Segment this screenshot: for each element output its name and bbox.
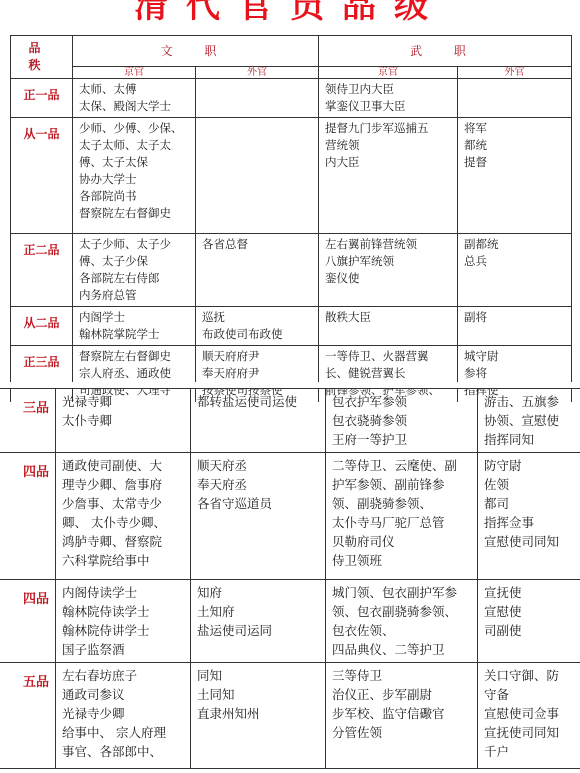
rank-row: 五品左右春坊庶子通政司参议光禄寺少卿给事中、 宗人府理事官、各部郎中、同知土同知… (0, 663, 580, 769)
office-title: 宣抚使司同知 (484, 723, 580, 742)
office-title: 治仪正、步军副尉 (332, 685, 471, 704)
office-title: 给事中、 宗人府理 (62, 723, 184, 742)
office-title: 副将 (464, 309, 565, 326)
office-title: 指挥佥事 (484, 513, 580, 532)
office-title: 宣慰使司同知 (484, 532, 580, 551)
rank-label: 正二品 (11, 234, 73, 307)
office-title: 翰林院掌院学士 (79, 326, 189, 343)
office-title: 城门领、包衣副护军参 (332, 583, 471, 602)
office-title: 土同知 (197, 685, 319, 704)
office-title: 宣慰使 (484, 602, 580, 621)
military-capital-cell: 提督九门步军巡捕五营统领内大臣 (319, 118, 458, 234)
office-title: 关口守御、防 (484, 666, 580, 685)
document-title: 清代官员品级 (10, 0, 570, 26)
office-title: 掌銮仪卫事大臣 (325, 98, 451, 115)
office-title: 盐运使司运同 (197, 621, 319, 640)
military-provincial-cell (458, 79, 572, 118)
office-title: 领、副骁骑参领、 (332, 494, 471, 513)
office-title: 少詹事、太常寺少 (62, 494, 184, 513)
office-title: 二等侍卫、云麾使、副 (332, 456, 471, 475)
office-title: 各部院左右侍郎 (79, 270, 189, 287)
office-title: 提督九门步军巡捕五 (325, 120, 451, 137)
rank-label: 五品 (0, 663, 56, 769)
office-title: 提督 (464, 154, 565, 171)
office-title: 营统领 (325, 137, 451, 154)
civil-capital-cell: 太子少师、太子少傅、太子少保各部院左右侍郎内务府总管 (73, 234, 196, 307)
office-title: 参将 (464, 365, 565, 382)
lower-table-body: 三品光禄寺卿太仆寺卿都转盐运使司运使包衣护军参领包衣骁骑参领王府一等护卫游击、五… (0, 389, 580, 769)
office-title: 司副使 (484, 621, 580, 640)
military-capital-cell: 城门领、包衣副护军参领、包衣副骁骑参领、包衣佐领、四品典仪、二等护卫 (326, 580, 478, 663)
office-title: 土知府 (197, 602, 319, 621)
rank-label: 从一品 (11, 118, 73, 234)
civil-provincial-cell (196, 118, 319, 234)
office-title: 都司 (484, 494, 580, 513)
office-title: 都转盐运使司运使 (197, 392, 319, 411)
office-title: 协办大学士 (79, 171, 189, 188)
office-title: 千户 (484, 742, 580, 761)
rank-label: 正一品 (11, 79, 73, 118)
office-title: 巡抚 (202, 309, 312, 326)
office-title: 光禄寺卿 (62, 392, 184, 411)
office-title: 包衣骁骑参领 (332, 411, 471, 430)
office-title: 布政使司布政使 (202, 326, 312, 343)
civil-capital-cell: 光禄寺卿太仆寺卿 (56, 389, 191, 453)
rank-header: 品秩 (11, 36, 73, 79)
civil-provincial-cell: 同知土同知直隶州知州 (191, 663, 326, 769)
office-title: 王府一等护卫 (332, 430, 471, 449)
office-title: 知府 (197, 583, 319, 602)
office-title: 散秩大臣 (325, 309, 451, 326)
office-title: 傅、太子太保 (79, 154, 189, 171)
office-title: 领侍卫内大臣 (325, 81, 451, 98)
rank-row: 四品内阁侍读学士翰林院侍读学士翰林院侍讲学士国子监祭酒知府土知府盐运使司运同城门… (0, 580, 580, 663)
header-row: 品秩 文 职 武 职 (11, 36, 572, 67)
military-provincial-cell: 副都统总兵 (458, 234, 572, 307)
rank-label: 四品 (0, 453, 56, 580)
civil-provincial-cell (196, 79, 319, 118)
office-title: 太子少师、太子少 (79, 236, 189, 253)
office-title: 理寺少卿、詹事府 (62, 475, 184, 494)
office-title: 包衣护军参领 (332, 392, 471, 411)
office-title: 直隶州知州 (197, 704, 319, 723)
military-capital-cell: 二等侍卫、云麾使、副护军参领、副前锋参领、副骁骑参领、太仆寺马厂驼厂总管贝勒府司… (326, 453, 478, 580)
office-title: 副都统 (464, 236, 565, 253)
office-title: 光禄寺少卿 (62, 704, 184, 723)
office-title: 六科掌院给事中 (62, 551, 184, 570)
office-title: 翰林院侍讲学士 (62, 621, 184, 640)
military-capital-header: 京官 (319, 67, 458, 79)
subheader-row: 京官 外官 京官 外官 (11, 67, 572, 79)
office-title: 三等侍卫 (332, 666, 471, 685)
military-capital-cell: 散秩大臣 (319, 307, 458, 346)
office-title: 步军校、监守信礮官 (332, 704, 471, 723)
office-title: 太保、殿阁大学士 (79, 98, 189, 115)
rank-row: 三品光禄寺卿太仆寺卿都转盐运使司运使包衣护军参领包衣骁骑参领王府一等护卫游击、五… (0, 389, 580, 453)
office-title: 各部院尚书 (79, 188, 189, 205)
rank-table-lower: 三品光禄寺卿太仆寺卿都转盐运使司运使包衣护军参领包衣骁骑参领王府一等护卫游击、五… (0, 388, 580, 769)
office-title: 佐领 (484, 475, 580, 494)
office-title: 翰林院侍读学士 (62, 602, 184, 621)
office-title: 各省总督 (202, 236, 312, 253)
rank-table-upper: 品秩 文 职 武 职 京官 外官 京官 外官 正一品太师、太傅太保、殿阁大学士领… (10, 35, 572, 402)
office-title: 总兵 (464, 253, 565, 270)
upper-table-body: 正一品太师、太傅太保、殿阁大学士领侍卫内大臣掌銮仪卫事大臣从一品少师、少傅、少保… (11, 79, 572, 402)
office-title: 宣抚使 (484, 583, 580, 602)
civil-provincial-cell: 顺天府丞奉天府丞各省守巡道员 (191, 453, 326, 580)
office-title: 将军 (464, 120, 565, 137)
office-title: 包衣佐领、 (332, 621, 471, 640)
civil-capital-cell: 少师、少傅、少保、太子太师、太子太傅、太子太保协办大学士各部院尚书督察院左右督御… (73, 118, 196, 234)
office-title: 守备 (484, 685, 580, 704)
office-title: 顺天府丞 (197, 456, 319, 475)
office-title: 太仆寺卿 (62, 411, 184, 430)
rank-label: 三品 (0, 389, 56, 453)
military-provincial-header: 外官 (458, 67, 572, 79)
office-title: 贝勒府司仪 (332, 532, 471, 551)
civil-capital-header: 京官 (73, 67, 196, 79)
military-capital-cell: 三等侍卫治仪正、步军副尉步军校、监守信礮官分管佐领 (326, 663, 478, 769)
military-provincial-cell: 宣抚使宣慰使司副使 (478, 580, 580, 663)
office-title: 城守尉 (464, 348, 565, 365)
office-title: 通政使司副使、大 (62, 456, 184, 475)
office-title: 内阁学士 (79, 309, 189, 326)
office-title: 一等侍卫、火器营翼 (325, 348, 451, 365)
civil-provincial-header: 外官 (196, 67, 319, 79)
office-title: 通政司参议 (62, 685, 184, 704)
office-title: 长、健锐营翼长 (325, 365, 451, 382)
rank-label: 四品 (0, 580, 56, 663)
office-title: 分管佐领 (332, 723, 471, 742)
rank-row: 从二品内阁学士翰林院掌院学士巡抚布政使司布政使散秩大臣副将 (11, 307, 572, 346)
office-title: 都统 (464, 137, 565, 154)
office-title: 指挥同知 (484, 430, 580, 449)
office-title: 内阁侍读学士 (62, 583, 184, 602)
civil-provincial-cell: 知府土知府盐运使司运同 (191, 580, 326, 663)
office-title: 内务府总管 (79, 287, 189, 304)
civil-capital-cell: 内阁学士翰林院掌院学士 (73, 307, 196, 346)
office-title: 督察院左右督御史 (79, 205, 189, 222)
office-title: 太仆寺马厂驼厂总管 (332, 513, 471, 532)
military-header: 武 职 (319, 36, 572, 67)
office-title: 傅、太子少保 (79, 253, 189, 270)
office-title: 游击、五旗参 (484, 392, 580, 411)
military-provincial-cell: 游击、五旗参协领、宣慰使指挥同知 (478, 389, 580, 453)
rank-row: 正二品太子少师、太子少傅、太子少保各部院左右侍郎内务府总管各省总督左右翼前锋营统… (11, 234, 572, 307)
office-title: 太子太师、太子太 (79, 137, 189, 154)
civil-provincial-cell: 巡抚布政使司布政使 (196, 307, 319, 346)
office-title: 协领、宣慰使 (484, 411, 580, 430)
rank-row: 正一品太师、太傅太保、殿阁大学士领侍卫内大臣掌銮仪卫事大臣 (11, 79, 572, 118)
office-title: 防守尉 (484, 456, 580, 475)
office-title: 左右翼前锋营统领 (325, 236, 451, 253)
office-title: 事官、各部郎中、 (62, 742, 184, 761)
office-title: 左右春坊庶子 (62, 666, 184, 685)
office-title: 护军参领、副前锋参 (332, 475, 471, 494)
military-provincial-cell: 副将 (458, 307, 572, 346)
military-provincial-cell: 防守尉佐领都司指挥佥事宣慰使司同知 (478, 453, 580, 580)
office-title: 銮仪使 (325, 270, 451, 287)
office-title: 奉天府丞 (197, 475, 319, 494)
office-title: 太师、太傅 (79, 81, 189, 98)
office-title: 四品典仪、二等护卫 (332, 640, 471, 659)
office-title: 顺天府府尹 (202, 348, 312, 365)
civil-capital-cell: 左右春坊庶子通政司参议光禄寺少卿给事中、 宗人府理事官、各部郎中、 (56, 663, 191, 769)
military-capital-cell: 领侍卫内大臣掌銮仪卫事大臣 (319, 79, 458, 118)
office-title: 内大臣 (325, 154, 451, 171)
rank-row: 四品通政使司副使、大理寺少卿、詹事府少詹事、太常寺少卿、 太仆寺少卿、鸿胪寺卿、… (0, 453, 580, 580)
civil-header: 文 职 (73, 36, 319, 67)
civil-provincial-cell: 都转盐运使司运使 (191, 389, 326, 453)
office-title: 宗人府丞、通政使 (79, 365, 189, 382)
rank-row: 从一品少师、少傅、少保、太子太师、太子太傅、太子太保协办大学士各部院尚书督察院左… (11, 118, 572, 234)
rank-label: 从二品 (11, 307, 73, 346)
office-title: 鸿胪寺卿、督察院 (62, 532, 184, 551)
office-title: 国子监祭酒 (62, 640, 184, 659)
military-provincial-cell: 将军都统提督 (458, 118, 572, 234)
office-title: 领、包衣副骁骑参领、 (332, 602, 471, 621)
office-title: 各省守巡道员 (197, 494, 319, 513)
civil-capital-cell: 通政使司副使、大理寺少卿、詹事府少詹事、太常寺少卿、 太仆寺少卿、鸿胪寺卿、督察… (56, 453, 191, 580)
military-capital-cell: 左右翼前锋营统领八旗护军统领銮仪使 (319, 234, 458, 307)
office-title: 宣慰使司佥事 (484, 704, 580, 723)
military-capital-cell: 包衣护军参领包衣骁骑参领王府一等护卫 (326, 389, 478, 453)
office-title: 八旗护军统领 (325, 253, 451, 270)
military-provincial-cell: 关口守御、防守备宣慰使司佥事宣抚使司同知千户 (478, 663, 580, 769)
office-title: 少师、少傅、少保、 (79, 120, 189, 137)
civil-capital-cell: 内阁侍读学士翰林院侍读学士翰林院侍讲学士国子监祭酒 (56, 580, 191, 663)
civil-capital-cell: 太师、太傅太保、殿阁大学士 (73, 79, 196, 118)
office-title: 同知 (197, 666, 319, 685)
office-title: 卿、 太仆寺少卿、 (62, 513, 184, 532)
civil-provincial-cell: 各省总督 (196, 234, 319, 307)
office-title: 奉天府府尹 (202, 365, 312, 382)
office-title: 侍卫领班 (332, 551, 471, 570)
office-title: 督察院左右督御史 (79, 348, 189, 365)
